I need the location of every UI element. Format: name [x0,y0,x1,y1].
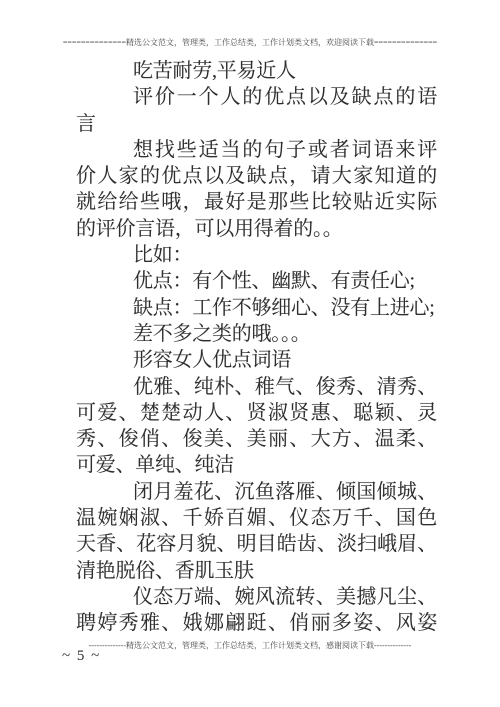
text-line: 缺点：工作不够细心、没有上进心; [76,295,437,321]
text-line: 差不多之类的哦。。。 [76,321,437,347]
text-line: 优点：有个性、幽默、有责任心; [76,268,437,294]
text-line: 聘婷秀雅、娥娜翩跹、俏丽多姿、风姿 [76,610,437,636]
text-line: 可爱、楚楚动人、贤淑贤惠、聪颖、灵 [76,400,437,426]
header-line: ==============精选公文范文，管理类，工作总结类，工作计划类文档，欢… [0,37,500,48]
text-line: 言 [76,111,437,137]
text-line: 可爱、单纯、纯洁 [76,452,437,478]
text-line: 就给给些哦，最好是那些比较贴近实际 [76,189,437,215]
document-body: 吃苦耐劳,平易近人评价一个人的优点以及缺点的语言想找些适当的句子或者词语来评价人… [76,58,437,637]
text-line: 秀、俊俏、俊美、美丽、大方、温柔、 [76,426,437,452]
text-line: 形容女人优点词语 [76,347,437,373]
text-line: 比如： [76,242,437,268]
text-line: 的评价言语，可以用得着的。。 [76,216,437,242]
text-line: 想找些适当的句子或者词语来评 [76,137,437,163]
text-line: 优雅、纯朴、稚气、俊秀、清秀、 [76,374,437,400]
text-line: 仪态万端、婉风流转、美撼凡尘、 [76,584,437,610]
page-number: ~ 5 ~ [62,648,101,665]
text-line: 价人家的优点以及缺点，请大家知道的 [76,163,437,189]
text-line: 闭月羞花、沉鱼落雁、倾国倾城、 [76,479,437,505]
text-line: 清艳脱俗、香肌玉肤 [76,558,437,584]
document-page: ==============精选公文范文，管理类，工作总结类，工作计划类文档，欢… [0,0,500,707]
text-line: 吃苦耐劳,平易近人 [76,58,437,84]
text-line: 天香、花容月貌、明目皓齿、淡扫峨眉、 [76,531,437,557]
text-line: 评价一个人的优点以及缺点的语 [76,84,437,110]
text-line: 温婉娴淑、千娇百媚、仪态万千、国色 [76,505,437,531]
